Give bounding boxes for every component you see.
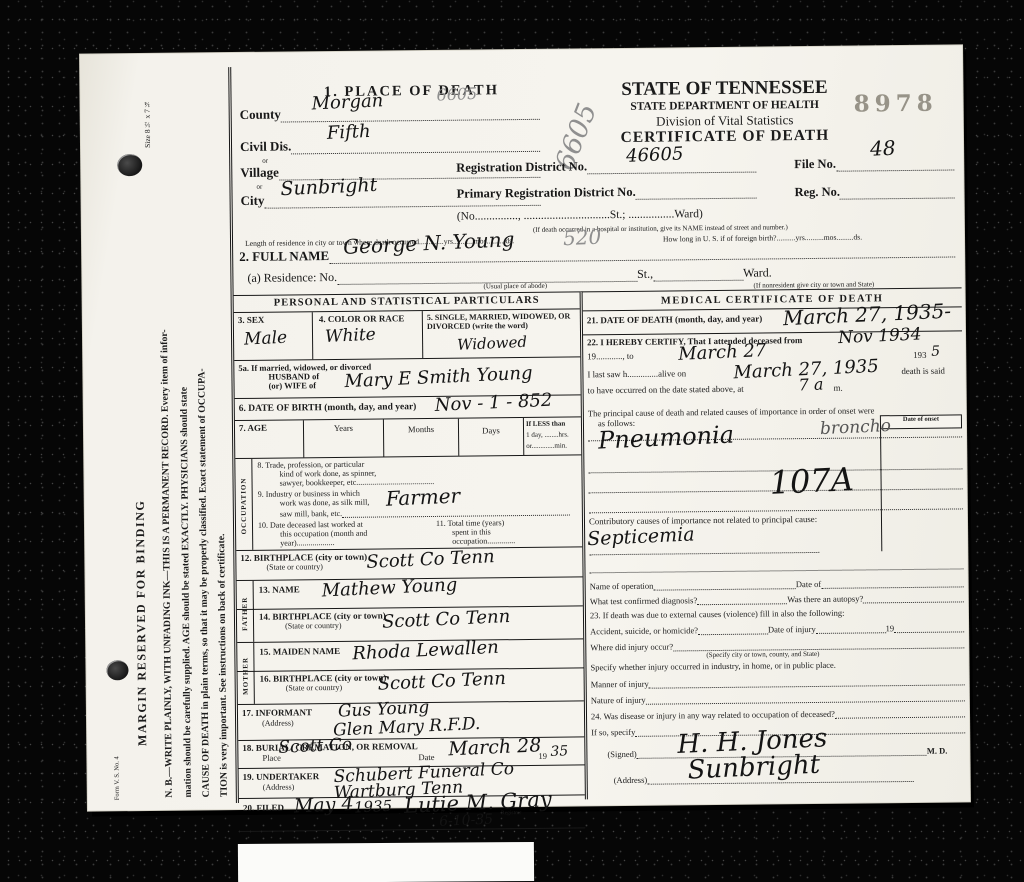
cause-handwritten-2: broncho (820, 416, 892, 439)
form-number-vertical: Form V. S. No. 4 (113, 690, 121, 800)
signed-label: (Signed) (607, 749, 636, 759)
birthplace-state-note: (State or country) (266, 562, 323, 572)
marital-cell: 5. SINGLE, MARRIED, WIDOWED, OR DIVORCED… (422, 309, 580, 358)
row-filed: 20. FILED May 4 1935 Lutie M. Gray Regis… (239, 794, 585, 832)
total-time-label-1: 11. Total time (years) (436, 518, 504, 528)
burial-date-label: Date (418, 752, 434, 762)
operation-line (653, 578, 796, 590)
age-less-label-2: 1 day, ........hrs. (526, 431, 569, 439)
file-no-line (836, 159, 954, 171)
father-block: FATHER 13. NAME Mathew Young 14. BIRTHPL… (237, 576, 584, 642)
adjacent-scan-fragment (238, 842, 534, 882)
undertaker-address-label: (Address) (263, 782, 295, 791)
registration-district-handwritten: 46605 (626, 143, 684, 167)
accident-label: Accident, suicide, or homicide? (590, 625, 698, 636)
city-label: City (241, 193, 265, 209)
race-label: 4. COLOR OR RACE (319, 313, 405, 324)
attended-to-year-handwritten: 5 (931, 344, 941, 360)
civil-district-handwritten: Fifth (326, 121, 371, 144)
mother-side-label: MOTHER (241, 647, 250, 705)
stamp-number: 8978 (853, 90, 937, 118)
race-handwritten: White (325, 325, 377, 347)
father-name-label: 13. NAME (259, 584, 300, 594)
manner-label: Manner of injury (591, 679, 649, 690)
scanned-death-certificate-page: { "colors": { "background": "#060606", "… (0, 0, 1024, 882)
file-no-handwritten: 48 (870, 136, 897, 161)
test-label: What test confirmed diagnosis? (590, 595, 698, 606)
age-less-label-1: If LESS than (526, 420, 565, 428)
personal-section-title: PERSONAL AND STATISTICAL PARTICULARS (234, 294, 580, 309)
death-said-label: death is said (901, 366, 945, 376)
father-bp-state-note: (State or country) (285, 621, 342, 631)
last-saw-label: I last saw h..............alive on (587, 368, 686, 379)
father-bp-label: 14. BIRTHPLACE (city or town) (259, 610, 386, 621)
residence-st-label: St., (637, 267, 653, 282)
margin-nb-line3: CAUSE OF DEATH in plain terms, so that i… (193, 89, 211, 797)
mother-bp-state-note: (State or country) (286, 683, 343, 693)
principal-intro-1: The principal cause of death and related… (588, 405, 875, 418)
abode-note: (Usual place of abode) (483, 282, 547, 291)
margin-size-note: Size 8½ x 7¼ (142, 84, 152, 148)
age-months-cell: Months (383, 419, 458, 457)
test-line (697, 593, 787, 605)
marital-handwritten: Widowed (457, 333, 528, 354)
birthplace-handwritten: Scott Co Tenn (366, 546, 495, 573)
registrar-label: Registrar (501, 810, 521, 816)
occupation-side-strip: OCCUPATION (235, 459, 253, 550)
birthplace-label: 12. BIRTHPLACE (city or town) (240, 552, 367, 563)
row-age: 7. AGE Years Months Days If LESS than 1 … (235, 416, 581, 458)
injury-date-line (816, 622, 886, 634)
sex-handwritten: Male (244, 328, 288, 350)
dod-label: 21. DATE OF DEATH (month, day, and year) (587, 314, 762, 326)
total-time-label-3: occupation.............. (452, 536, 515, 546)
registration-district-label: Registration District No. (456, 159, 587, 175)
certificate-form: 1. PLACE OF DEATH County Morgan 6605 Civ… (228, 59, 964, 803)
father-side-label: FATHER (241, 585, 250, 643)
residence-label: (a) Residence: No. (247, 270, 337, 286)
or-label-city: or (256, 183, 262, 191)
no-st-ward-line: (No..............., ....................… (457, 207, 797, 223)
medical-column: MEDICAL CERTIFICATE OF DEATH 21. DATE OF… (580, 287, 967, 799)
or-label-village: or (262, 157, 268, 165)
age-label: 7. AGE (239, 423, 267, 433)
age-months-label: Months (384, 424, 458, 435)
marital-label: 5. SINGLE, MARRIED, WIDOWED, OR DIVORCED… (427, 311, 577, 331)
if-so-label: If so, specify (591, 727, 635, 737)
mother-name-label: 15. MAIDEN NAME (259, 646, 340, 657)
filed-label: 20. FILED (243, 803, 284, 813)
certificate-paper: Form V. S. No. 4 MARGIN RESERVED FOR BIN… (80, 45, 970, 810)
row-birthplace: 12. BIRTHPLACE (city or town) (State or … (236, 546, 582, 580)
operation-label: Name of operation (590, 581, 654, 592)
father-name-handwritten: Mathew Young (321, 574, 457, 601)
cause-code-handwritten: 107A (769, 460, 855, 502)
father-divider (237, 605, 583, 610)
row-certify: 22. I HEREBY CERTIFY, That I attended de… (583, 330, 963, 406)
injury-date-label: Date of injury (768, 624, 816, 634)
file-no-label: File No. (794, 157, 836, 172)
age-days-label: Days (459, 425, 523, 436)
age-less-cell: If LESS than 1 day, ........hrs. or.....… (523, 417, 581, 455)
spouse-handwritten: Mary E Smith Young (344, 363, 533, 393)
external-label: 23. If death was due to external causes … (590, 608, 845, 621)
last-worked-label-3: year)................... (280, 538, 335, 548)
race-cell: 4. COLOR OR RACE White (312, 311, 422, 359)
spouse-label-3: (or) WIFE of (268, 380, 316, 390)
personal-column: PERSONAL AND STATISTICAL PARTICULARS 3. … (234, 291, 585, 803)
contributory-label: Contributory causes of importance not re… (589, 514, 817, 526)
industry-label-3: saw mill, bank, etc. (280, 509, 342, 519)
hole-punch-bottom (106, 660, 128, 680)
last-worked-label-2: this occupation (month and (280, 529, 367, 539)
nature-label: Nature of injury (591, 695, 646, 706)
physician-address-handwritten: Sunbright (687, 750, 821, 786)
physician-address-label: (Address) (614, 775, 648, 785)
mother-side-strip: MOTHER (237, 643, 255, 704)
accident-line (698, 623, 768, 635)
county-handwritten: Morgan (311, 90, 384, 114)
reg-no-line (840, 187, 955, 199)
attended-to-year-printed: 193 (913, 350, 926, 360)
filed-date-handwritten: May 4 (293, 793, 354, 818)
age-less-label-3: or.............min. (526, 442, 567, 450)
father-side-strip: FATHER (237, 581, 255, 642)
mother-bp-handwritten: Scott Co Tenn (377, 668, 506, 695)
burial-year-handwritten: 35 (550, 743, 569, 760)
sex-label: 3. SEX (238, 315, 265, 325)
row-sex-race-marital: 3. SEX Male 4. COLOR OR RACE White 5. SI… (234, 308, 580, 360)
age-days-cell: Days (458, 418, 523, 456)
industry-handwritten: Farmer (385, 483, 460, 510)
primary-registration-line (636, 188, 757, 200)
dob-label: 6. DATE OF BIRTH (month, day, and year) (239, 402, 417, 414)
margin-nb-line2: mation should be carefully supplied. AGE… (175, 86, 193, 798)
related-label: 24. Was disease or injury in any way rel… (591, 709, 835, 722)
civil-district-label: Civil Dis. (240, 138, 291, 155)
occurred-time-handwritten: 7 a (798, 374, 824, 394)
full-name-pencil-code: 520 (562, 225, 601, 251)
father-bp-handwritten: Scott Co Tenn (382, 606, 511, 633)
autopsy-line (863, 591, 964, 603)
burial-date-handwritten: March 28 (448, 734, 542, 760)
occupation-side-label: OCCUPATION (239, 463, 248, 550)
specify-label: Specify whether injury occurred in indus… (590, 660, 836, 673)
age-years-label: Years (304, 422, 383, 433)
county-pencil-code: 6605 (436, 84, 478, 105)
filed-year-handwritten: 1935 (354, 797, 393, 817)
full-name-label: 2. FULL NAME (239, 248, 329, 265)
certify-line2-printed: 19............, to (587, 351, 634, 361)
county-label: County (240, 107, 281, 123)
margin-binding-note: MARGIN RESERVED FOR BINDING (131, 322, 150, 746)
reg-no-label: Reg. No. (794, 185, 840, 200)
residence-ward-label: Ward. (743, 265, 772, 280)
injury-19-label: 19 (886, 623, 895, 633)
cause-handwritten: Pneumonia (598, 420, 735, 454)
margin-nb-line1: N. B.—WRITE PLAINLY, WITH UNFADING INK—T… (156, 82, 174, 798)
age-years-cell: Years (303, 419, 383, 457)
date-of-line (821, 576, 964, 588)
occurred-m-label: m. (834, 383, 843, 393)
mother-block: MOTHER 15. MAIDEN NAME Rhoda Lewallen 16… (237, 638, 584, 704)
md-label: M. D. (927, 746, 948, 756)
margin-nb-line4: TION is very important. See instructions… (214, 363, 230, 797)
occurred-label: to have occurred on the date stated abov… (588, 384, 744, 396)
occupation-block: OCCUPATION 8. Trade, profession, or part… (235, 454, 582, 550)
undertaker-label: 19. UNDERTAKER (243, 771, 320, 782)
manner-line (649, 674, 965, 688)
informant-address-label: (Address) (262, 718, 294, 727)
total-time-label-2: spent in this (452, 527, 491, 536)
injury-19-line (894, 621, 964, 633)
certificate-title: CERTIFICATE OF DEATH (560, 126, 890, 147)
attended-from-handwritten: Nov 1934 (838, 324, 922, 348)
informant-label: 17. INFORMANT (242, 707, 312, 718)
autopsy-label: Was there an autopsy? (787, 593, 863, 604)
village-label: Village (240, 165, 279, 181)
city-handwritten: Sunbright (280, 174, 378, 200)
burial-year-printed: 19 (538, 751, 547, 761)
burial-place-handwritten: Scott Co (278, 735, 353, 758)
mother-name-handwritten: Rhoda Lewallen (352, 637, 499, 665)
related-line (835, 706, 965, 718)
hole-punch-top (117, 154, 142, 176)
dob-handwritten: Nov - 1 - 852 (434, 390, 552, 416)
where-label: Where did injury occur? (590, 641, 673, 652)
mother-bp-label: 16. BIRTHPLACE (city or town) (260, 672, 387, 683)
nature-line (646, 690, 965, 704)
residence-st-line (653, 270, 743, 282)
date-of-label: Date of (796, 579, 821, 589)
contributory-line-2 (589, 558, 963, 573)
filed-note-handwritten: 6-10-35 (439, 811, 494, 829)
primary-registration-label: Primary Registration District No. (456, 185, 635, 202)
specify-note: (Specify city or town, county, and State… (706, 650, 819, 659)
